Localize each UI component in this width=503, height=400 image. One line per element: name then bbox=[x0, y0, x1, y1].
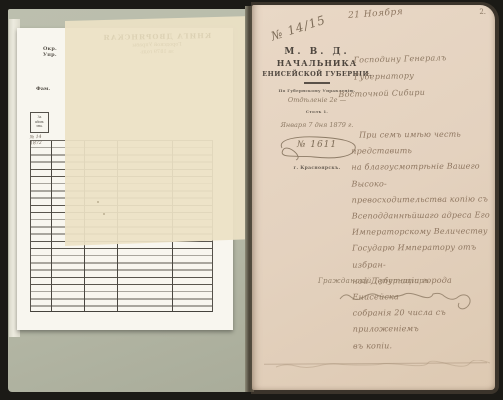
overlay-paper-sheet: КНИГА ДВОРЯНСКАЯ Городской Управы за 187… bbox=[65, 16, 252, 246]
form-corner-note: Окр. Упр. bbox=[43, 46, 57, 58]
signature-flourish-icon bbox=[338, 289, 488, 311]
grid-column-line bbox=[51, 141, 52, 311]
signature-title: Гражданскій Губернаторъ bbox=[318, 277, 429, 285]
body-line: При семъ имѣю честь представить bbox=[351, 126, 493, 160]
archival-book-photo: { "palette": { "background": "#1b1a16", … bbox=[0, 0, 503, 400]
signature-scribble bbox=[338, 289, 488, 315]
handwritten-body: При семъ имѣю честь представить на благо… bbox=[351, 126, 495, 354]
form-table-header-cell: За кѣмъ зна. bbox=[30, 112, 49, 133]
show-through-line3: за 1879 годъ bbox=[77, 48, 237, 58]
letterhead-desk-print: Столъ 1. bbox=[258, 108, 376, 116]
left-book-page: Окр. Упр. Фам. За кѣмъ зна. № 14 1872 КН… bbox=[8, 9, 248, 392]
body-line: Всеподданнѣйшаго адреса Его bbox=[352, 207, 494, 224]
body-line: Императорскому Величеству bbox=[352, 224, 494, 241]
body-line: на благоусмотрѣніе Вашего Высоко- bbox=[351, 159, 493, 193]
body-line: Государю Императору отъ избран- bbox=[352, 240, 494, 274]
letterhead-number-handwritten: № 1611 bbox=[274, 140, 360, 150]
number-flourish: № 1611 bbox=[274, 133, 360, 161]
pencil-scribble-icon bbox=[274, 360, 494, 372]
form-field-label: Фам. bbox=[36, 86, 50, 92]
document-number-note: № 14/15 bbox=[269, 13, 327, 44]
body-line: превосходительства копію съ bbox=[352, 191, 494, 208]
faint-pencil-note bbox=[274, 357, 494, 376]
paper-speck bbox=[103, 213, 105, 215]
form-corner-note-line2: Упр. bbox=[43, 52, 57, 58]
handwritten-address: Господину Генералъ Губернатору Восточной… bbox=[337, 48, 498, 103]
address-line1: Господину Генералъ Губернатору bbox=[353, 48, 498, 86]
show-through-text: КНИГА ДВОРЯНСКАЯ Городской Управы за 187… bbox=[77, 31, 237, 58]
folio-number: 2. bbox=[479, 8, 486, 16]
right-book-page: 2. 21 Ноября № 14/15 М. В. Д. НАЧАЛЬНИКА… bbox=[252, 5, 495, 390]
header-cell-line3: зна. bbox=[31, 124, 48, 129]
address-line2: Восточной Сибири bbox=[338, 82, 498, 103]
received-date-note: 21 Ноября bbox=[348, 7, 404, 21]
letterhead-divider bbox=[304, 82, 330, 84]
body-line: въ копіи. bbox=[353, 337, 495, 354]
paper-speck bbox=[97, 201, 99, 203]
